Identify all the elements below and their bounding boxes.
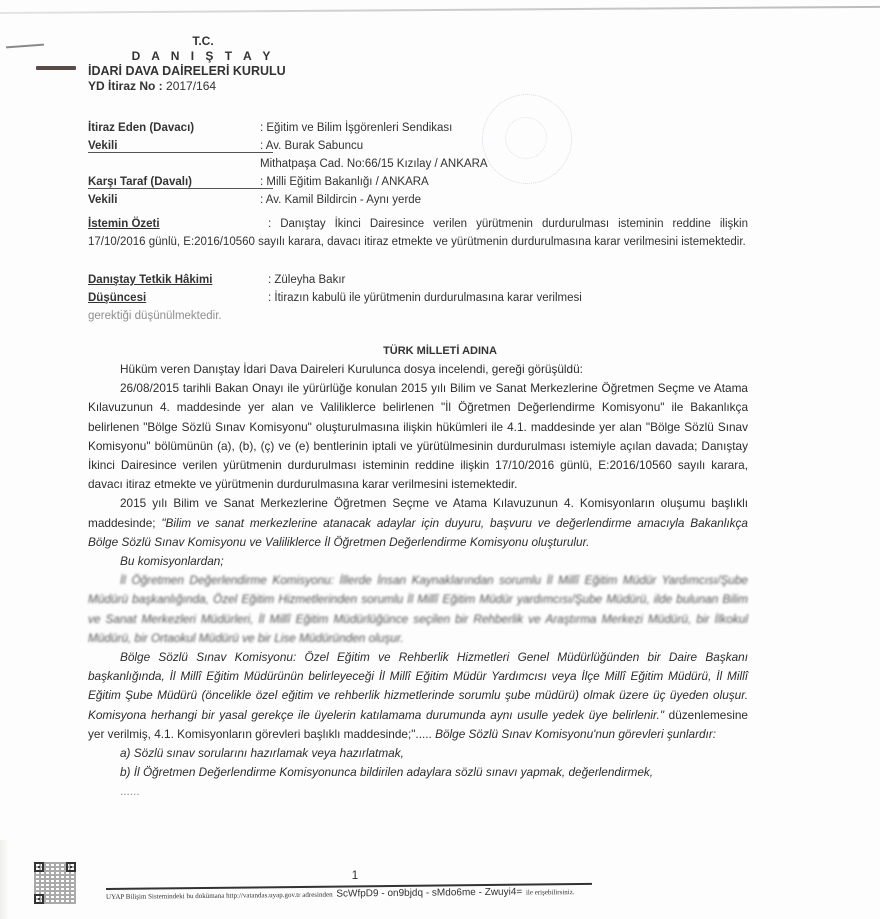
party-value: Mithatpaşa Cad. No:66/15 Kızılay / ANKAR… — [260, 158, 488, 170]
party-row: İtiraz Eden (Davacı) : Eğitim ve Bilim İ… — [88, 122, 748, 140]
party-row: Vekili : Av. Burak Sabuncu — [88, 140, 748, 158]
ellipsis: ...... — [88, 782, 748, 801]
paragraph: 2015 yılı Bilim ve Sanat Merkezlerine Öğ… — [88, 494, 748, 552]
footer-prefix: UYAP Bilişim Sistemindeki bu dokümana ht… — [106, 891, 333, 901]
paragraph: 26/08/2015 tarihli Bakan Onayı ile yürür… — [88, 379, 748, 494]
list-item-b: b) İl Öğretmen Değerlendirme Komisyonunc… — [88, 763, 748, 782]
party-value: : Milli Eğitim Bakanlığı / ANKARA — [260, 176, 429, 188]
scan-mark — [36, 66, 76, 70]
request-summary: İstemin Özeti: Danıştay İkinci Dairesinc… — [88, 215, 748, 251]
party-label: Vekili — [88, 140, 273, 153]
party-label: Vekili — [88, 194, 117, 206]
page-number: 1 — [0, 868, 710, 882]
party-label: İtiraz Eden (Davacı) — [88, 122, 194, 134]
body-title: TÜRK MİLLETİ ADINA — [0, 345, 880, 357]
opinion-row: Düşüncesi: İtirazın kabulü ile yürütmeni… — [88, 289, 748, 325]
party-row: Vekili : Av. Kamil Bildircin - Aynı yerd… — [88, 194, 748, 212]
header-board: İDARİ DAVA DAİRELERİ KURULU — [88, 64, 288, 78]
quoted-regulation: Bölge Sözlü Sınav Komisyonu'nun görevler… — [435, 727, 716, 741]
scan-mark — [6, 44, 44, 49]
document-header: T.C. D A N I Ş T A Y İDARİ DAVA DAİRELER… — [88, 34, 288, 93]
summary-label: İstemin Özeti — [88, 215, 268, 233]
judge-value: : Züleyha Bakır — [268, 274, 345, 286]
opinion-continuation: gerektiği düşünülmektedir. — [88, 310, 222, 322]
party-label: Karşı Taraf (Davalı) — [88, 176, 273, 189]
party-value: : Eğitim ve Bilim İşgörenleri Sendikası — [260, 122, 452, 134]
document-page: T.C. D A N I Ş T A Y İDARİ DAVA DAİRELER… — [0, 0, 880, 919]
party-value: : Av. Burak Sabuncu — [260, 140, 363, 152]
footer-suffix: ile erişebilirsiniz. — [526, 888, 575, 897]
judge-label: Danıştay Tetkik Hâkimi — [88, 271, 268, 289]
case-number-label: YD İtiraz No : — [88, 79, 163, 93]
case-number: YD İtiraz No : 2017/164 — [88, 79, 288, 93]
party-value: : Av. Kamil Bildircin - Aynı yerde — [260, 194, 421, 206]
paragraph-blurred: İl Öğretmen Değerlendirme Komisyonu: İll… — [88, 571, 748, 648]
opinion-label: Düşüncesi — [88, 289, 268, 307]
paragraph: Bu komisyonlardan; — [88, 552, 748, 571]
quoted-regulation: "Bilim ve sanat merkezlerine atanacak ad… — [88, 516, 748, 549]
opinion-text: : İtirazın kabulü ile yürütmenin durduru… — [268, 292, 582, 304]
list-item-a: a) Sözlü sınav sorularını hazırlamak vey… — [88, 744, 748, 763]
header-tc: T.C. — [118, 34, 288, 48]
judge-row: Danıştay Tetkik Hâkimi: Züleyha Bakır — [88, 271, 748, 289]
header-court: D A N I Ş T A Y — [118, 49, 288, 63]
party-row: Mithatpaşa Cad. No:66/15 Kızılay / ANKAR… — [88, 158, 748, 176]
quoted-regulation: Bölge Sözlü Sınav Komisyonu: Özel Eğitim… — [88, 650, 748, 722]
paragraph: Hüküm veren Danıştay İdari Dava Daireler… — [88, 360, 748, 379]
decision-body: Hüküm veren Danıştay İdari Dava Daireler… — [88, 360, 748, 802]
verification-code: ScWfpD9 - on9bjdq - sMdo6me - Zwuyi4= — [336, 887, 522, 900]
party-row: Karşı Taraf (Davalı) : Milli Eğitim Baka… — [88, 176, 748, 194]
parties-block: İtiraz Eden (Davacı) : Eğitim ve Bilim İ… — [88, 122, 748, 212]
case-number-value: 2017/164 — [166, 79, 216, 93]
scan-edge — [0, 6, 880, 14]
paragraph: Bölge Sözlü Sınav Komisyonu: Özel Eğitim… — [88, 648, 748, 744]
